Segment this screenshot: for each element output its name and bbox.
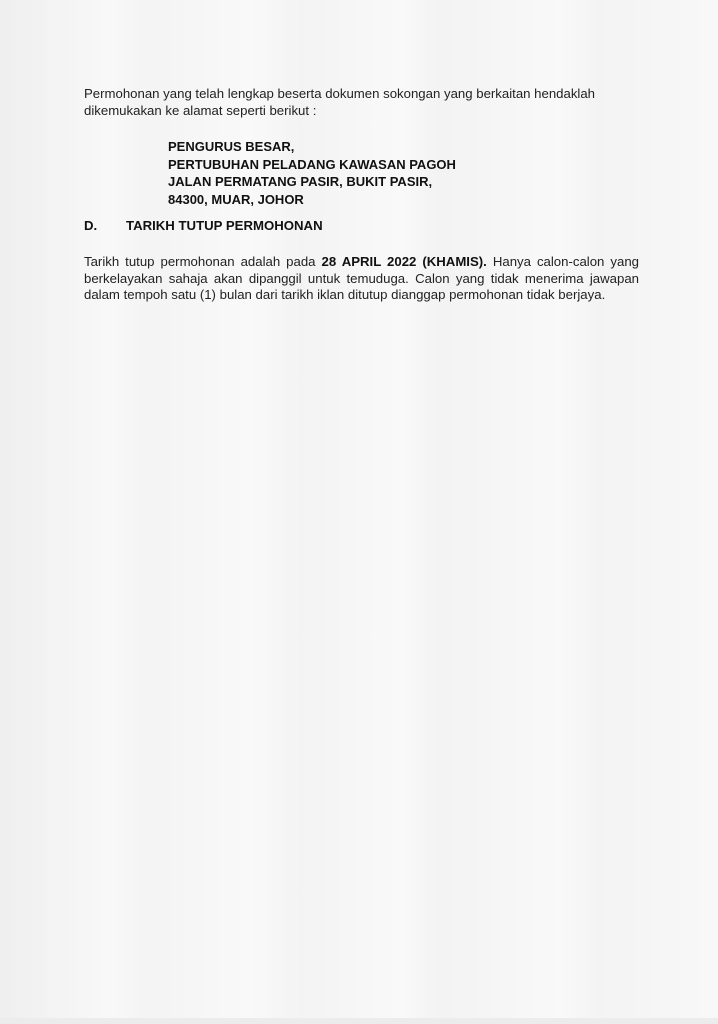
address-line-street: JALAN PERMATANG PASIR, BUKIT PASIR, — [168, 173, 456, 191]
section-title: TARIKH TUTUP PERMOHONAN — [126, 218, 323, 233]
section-heading: D.TARIKH TUTUP PERMOHONAN — [84, 218, 323, 233]
closing-date: 28 APRIL 2022 (KHAMIS). — [322, 254, 487, 269]
document-page: Permohonan yang telah lengkap beserta do… — [0, 0, 718, 1024]
intro-paragraph: Permohonan yang telah lengkap beserta do… — [84, 86, 639, 119]
section-letter: D. — [84, 218, 126, 233]
address-line-postcode-city: 84300, MUAR, JOHOR — [168, 191, 456, 209]
closing-date-paragraph: Tarikh tutup permohonan adalah pada 28 A… — [84, 254, 639, 304]
mailing-address: PENGURUS BESAR, PERTUBUHAN PELADANG KAWA… — [168, 138, 456, 208]
address-line-organization: PERTUBUHAN PELADANG KAWASAN PAGOH — [168, 156, 456, 174]
closing-text-before-date: Tarikh tutup permohonan adalah pada — [84, 254, 322, 269]
address-line-recipient: PENGURUS BESAR, — [168, 138, 456, 156]
